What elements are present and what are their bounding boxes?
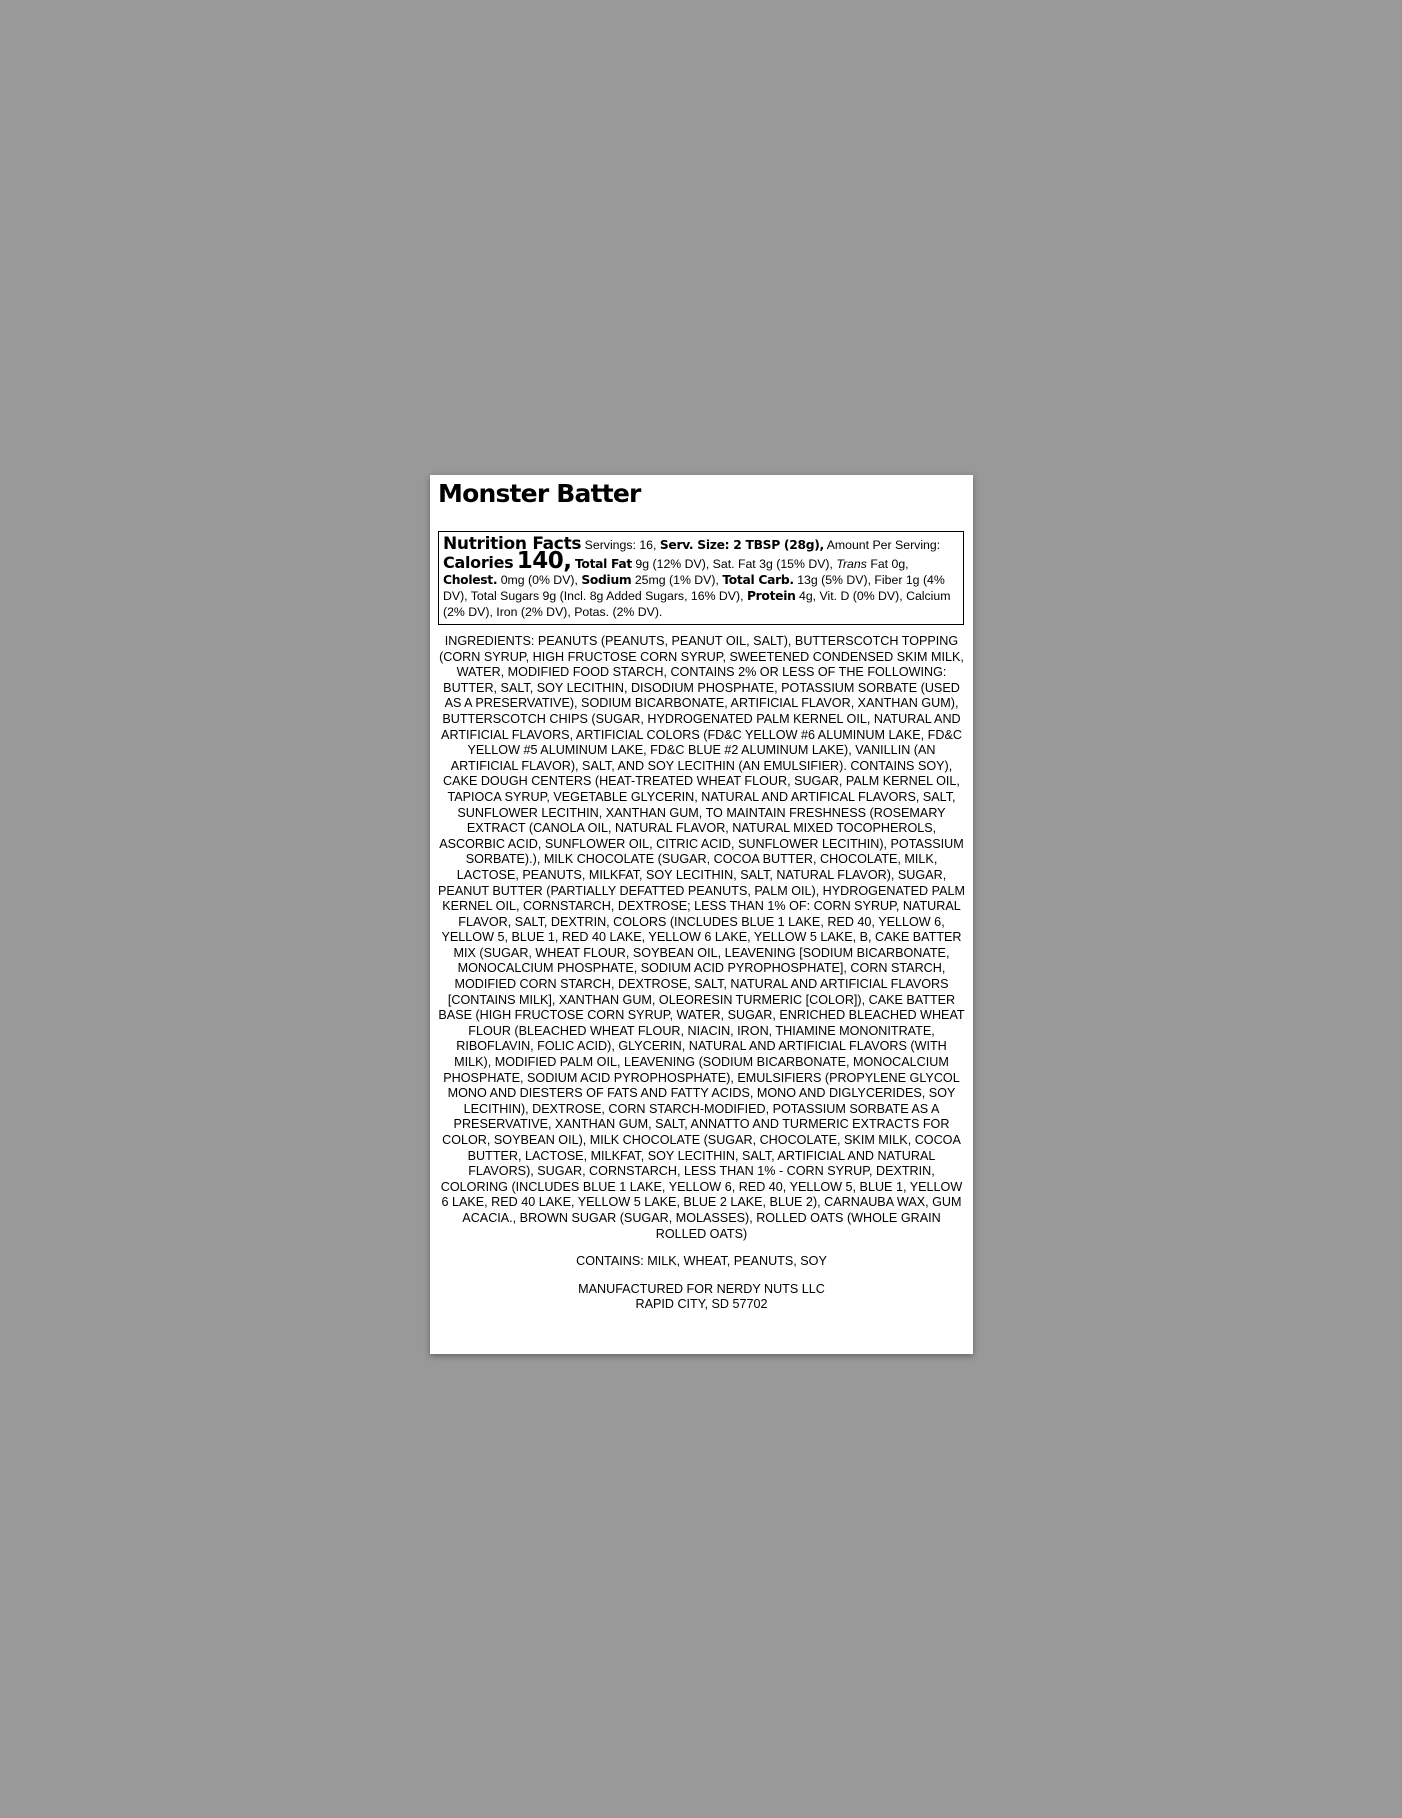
- allergen-statement: CONTAINS: MILK, WHEAT, PEANUTS, SOY: [438, 1254, 965, 1270]
- servings-text: Servings: 16,: [585, 538, 657, 552]
- protein-label: Protein: [747, 589, 796, 603]
- manufacturer-name: MANUFACTURED FOR NERDY NUTS LLC: [438, 1282, 965, 1298]
- product-title: Monster Batter: [438, 475, 965, 511]
- cholesterol-label: Cholest.: [443, 573, 497, 587]
- nutrition-facts-box: Nutrition Facts Servings: 16, Serv. Size…: [438, 531, 964, 625]
- calories-value: 140,: [517, 548, 572, 574]
- ingredients-list: INGREDIENTS: PEANUTS (PEANUTS, PEANUT OI…: [438, 634, 965, 1242]
- trans-label: Trans: [836, 557, 867, 571]
- total-fat-label: Total Fat: [575, 557, 632, 571]
- serving-size: Serv. Size: 2 TBSP (28g),: [660, 538, 824, 552]
- sodium-label: Sodium: [581, 573, 631, 587]
- product-label-card: Monster Batter Nutrition Facts Servings:…: [430, 475, 973, 1354]
- calories-label: Calories: [443, 553, 513, 572]
- trans-fat-value: Fat 0g,: [870, 557, 908, 571]
- amount-per-serving: Amount Per Serving:: [827, 538, 940, 552]
- total-fat-value: 9g (12% DV), Sat. Fat 3g (15% DV),: [635, 557, 833, 571]
- cholesterol-value: 0mg (0% DV),: [501, 573, 578, 587]
- manufacturer-address: RAPID CITY, SD 57702: [438, 1297, 965, 1313]
- manufacturer-info: MANUFACTURED FOR NERDY NUTS LLC RAPID CI…: [438, 1282, 965, 1313]
- sodium-value: 25mg (1% DV),: [635, 573, 719, 587]
- total-carb-label: Total Carb.: [722, 573, 793, 587]
